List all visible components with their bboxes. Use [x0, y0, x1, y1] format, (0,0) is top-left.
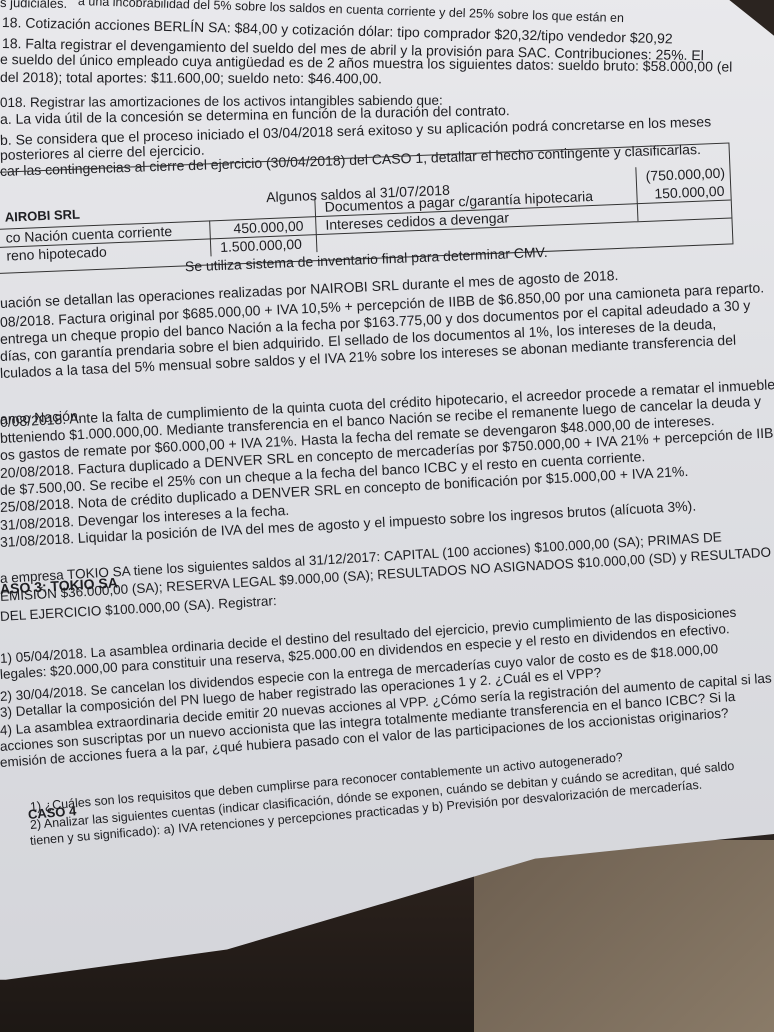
- text-line: del 2018); total aportes: $11.600,00; su…: [0, 70, 382, 85]
- table-row-label: reno hipotecado: [6, 245, 107, 263]
- table-row-value: 1.500.000,00: [220, 237, 302, 254]
- table-row-value: (750.000,00): [645, 166, 725, 183]
- table-row-value: 450.000,00: [233, 219, 304, 236]
- table-row-value: 150.000,00: [654, 184, 725, 201]
- company-name: AIROBI SRL: [5, 208, 81, 225]
- text-line: s judiciales.: [0, 0, 67, 11]
- page-content: s judiciales. a una incobrabilidad del 5…: [0, 0, 774, 1000]
